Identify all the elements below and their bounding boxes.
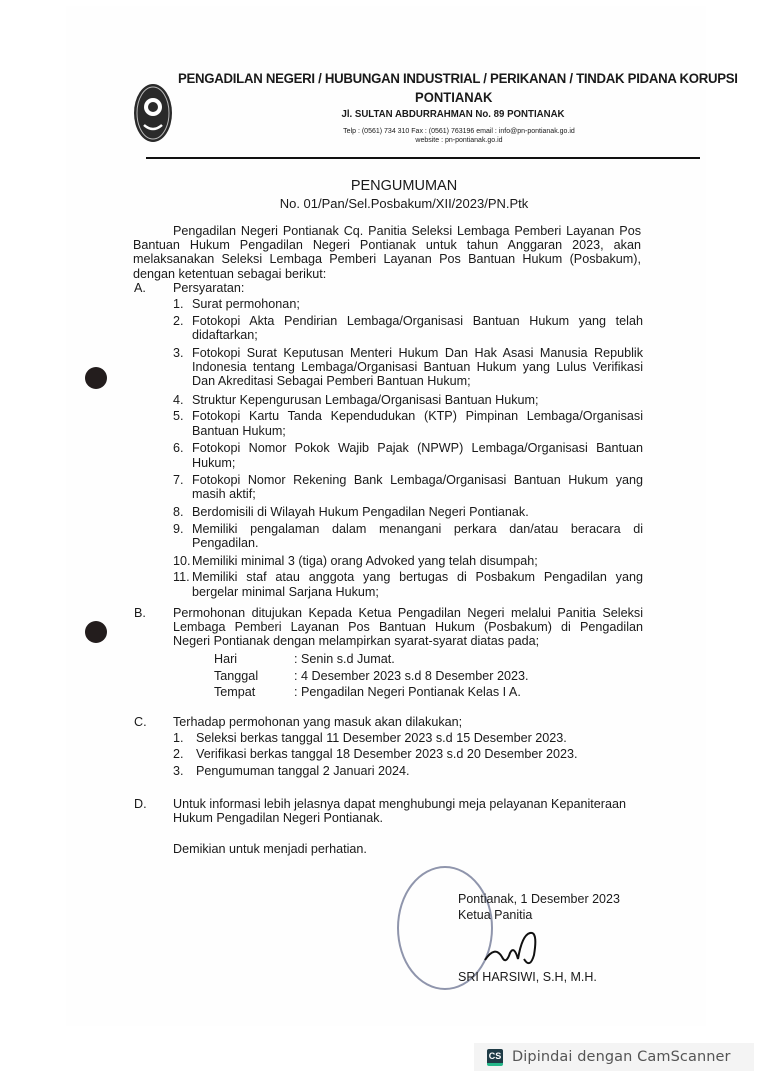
item-number: 1. [173,731,184,745]
intro-line: dengan ketentuan sebagai berikut: [133,267,641,281]
camscanner-logo-icon: CS [487,1049,503,1066]
item-line: Fotokopi Nomor Pokok Wajib Pajak (NPWP) … [192,441,643,455]
item-text: Memiliki staf atau anggota yang bertugas… [192,570,643,598]
item-text: Struktur Kepengurusan Lembaga/Organisasi… [192,393,643,407]
camscanner-watermark: CS Dipindai dengan CamScanner [474,1043,754,1071]
section-a-letter: A. [134,281,146,295]
item-number: 3. [173,346,184,360]
item-line: Hukum; [192,456,643,470]
item-line: Bantuan Hukum; [192,424,643,438]
item-text: Pengumuman tanggal 2 Januari 2024. [196,764,643,778]
detail-key: Tanggal [214,669,294,683]
document-number: No. 01/Pan/Sel.Posbakum/XII/2023/PN.Ptk [0,196,768,211]
item-text: Memiliki minimal 3 (tiga) orang Advoked … [192,554,643,568]
website-line: website : pn-pontianak.go.id [150,136,768,145]
item-text: Fotokopi Nomor Pokok Wajib Pajak (NPWP) … [192,441,643,469]
section-b-line: Lembaga Pemberi Layanan Pos Bantuan Huku… [173,620,643,634]
item-number: 7. [173,473,184,487]
punch-hole [85,621,107,643]
detail-value: : Pengadilan Negeri Pontianak Kelas I A. [294,685,521,699]
item-line: bergelar minimal Sarjana Hukum; [192,585,643,599]
place-date: Pontianak, 1 Desember 2023 [458,892,620,906]
intro-line: Pengadilan Negeri Pontianak Cq. Panitia … [133,224,641,238]
section-c-heading: Terhadap permohonan yang masuk akan dila… [173,715,462,729]
item-number: 10. [173,554,191,568]
item-number: 3. [173,764,184,778]
contact-line: Telp : (0561) 734 310 Fax : (0561) 76319… [150,127,768,136]
intro-paragraph: Pengadilan Negeri Pontianak Cq. Panitia … [133,224,641,281]
signature-icon [480,925,560,975]
item-text: Fotokopi Surat Keputusan Menteri Hukum D… [192,346,643,389]
item-number: 1. [173,297,184,311]
item-line: Fotokopi Nomor Rekening Bank Lembaga/Org… [192,473,643,487]
punch-hole [85,367,107,389]
detail-tanggal: Tanggal: 4 Desember 2023 s.d 8 Desember … [214,669,529,683]
section-d-line: Untuk informasi lebih jelasnya dapat men… [173,797,643,811]
section-b-line: Negeri Pontianak dengan melampirkan syar… [173,634,643,648]
item-line: masih aktif; [192,487,643,501]
item-line: Fotokopi Akta Pendirian Lembaga/Organisa… [192,314,643,328]
item-text: Fotokopi Kartu Tanda Kependudukan (KTP) … [192,409,643,437]
item-text: Verifikasi berkas tanggal 18 Desember 20… [196,747,643,761]
section-d-line: Hukum Pengadilan Negeri Pontianak. [173,811,643,825]
detail-value: : 4 Desember 2023 s.d 8 Desember 2023. [294,669,529,683]
section-b-line: Permohonan ditujukan Kepada Ketua Pengad… [173,606,643,620]
item-number: 8. [173,505,184,519]
item-number: 2. [173,747,184,761]
item-number: 6. [173,441,184,455]
item-number: 9. [173,522,184,536]
detail-key: Tempat [214,685,294,699]
item-number: 2. [173,314,184,328]
item-line: Surat permohonan; [192,297,643,311]
item-text: Fotokopi Akta Pendirian Lembaga/Organisa… [192,314,643,342]
letterhead-city: PONTIANAK [27,89,741,105]
detail-hari: Hari: Senin s.d Jumat. [214,652,395,666]
item-line: didaftarkan; [192,328,643,342]
section-d-letter: D. [134,797,147,811]
letterhead-divider [146,157,700,159]
item-text: Berdomisili di Wilayah Hukum Pengadilan … [192,505,643,519]
closing-text: Demikian untuk menjadi perhatian. [173,842,367,856]
section-a-heading: Persyaratan: [173,281,244,295]
item-line: Dan Akreditasi Sebagai Pemberi Bantuan H… [192,374,643,388]
section-d-text: Untuk informasi lebih jelasnya dapat men… [173,797,643,825]
intro-line: melaksanakan Seleksi Lembaga Pemberi Lay… [133,252,641,266]
detail-value: : Senin s.d Jumat. [294,652,395,666]
item-text: Fotokopi Nomor Rekening Bank Lembaga/Org… [192,473,643,501]
intro-line: Bantuan Hukum Pengadilan Negeri Pontiana… [133,238,641,252]
section-b-letter: B. [134,606,146,620]
item-line: Memiliki minimal 3 (tiga) orang Advoked … [192,554,643,568]
document-title: PENGUMUMAN [0,178,768,194]
letterhead-address: Jl. SULTAN ABDURRAHMAN No. 89 PONTIANAK [31,108,738,120]
detail-key: Hari [214,652,294,666]
item-line: Pengadilan. [192,536,643,550]
item-line: Indonesia tentang Lembaga/Organisasi Ban… [192,360,643,374]
item-line: Memiliki pengalaman dalam menangani perk… [192,522,643,536]
item-number: 5. [173,409,184,423]
item-number: 4. [173,393,184,407]
item-text: Seleksi berkas tanggal 11 Desember 2023 … [196,731,643,745]
item-line: Fotokopi Surat Keputusan Menteri Hukum D… [192,346,643,360]
signer-role: Ketua Panitia [458,908,532,922]
section-c-letter: C. [134,715,147,729]
detail-tempat: Tempat: Pengadilan Negeri Pontianak Kela… [214,685,521,699]
watermark-label: Dipindai dengan CamScanner [512,1049,731,1065]
item-line: Memiliki staf atau anggota yang bertugas… [192,570,643,584]
item-text: Memiliki pengalaman dalam menangani perk… [192,522,643,550]
signer-name: SRI HARSIWI, S.H, M.H. [458,970,597,984]
item-number: 11. [173,570,190,584]
item-line: Struktur Kepengurusan Lembaga/Organisasi… [192,393,643,407]
item-text: Surat permohonan; [192,297,643,311]
letterhead-title: PENGADILAN NEGERI / HUBUNGAN INDUSTRIAL … [178,71,671,87]
section-b-text: Permohonan ditujukan Kepada Ketua Pengad… [173,606,643,649]
item-line: Fotokopi Kartu Tanda Kependudukan (KTP) … [192,409,643,423]
item-line: Berdomisili di Wilayah Hukum Pengadilan … [192,505,643,519]
letterhead-contact: Telp : (0561) 734 310 Fax : (0561) 76319… [0,127,768,145]
